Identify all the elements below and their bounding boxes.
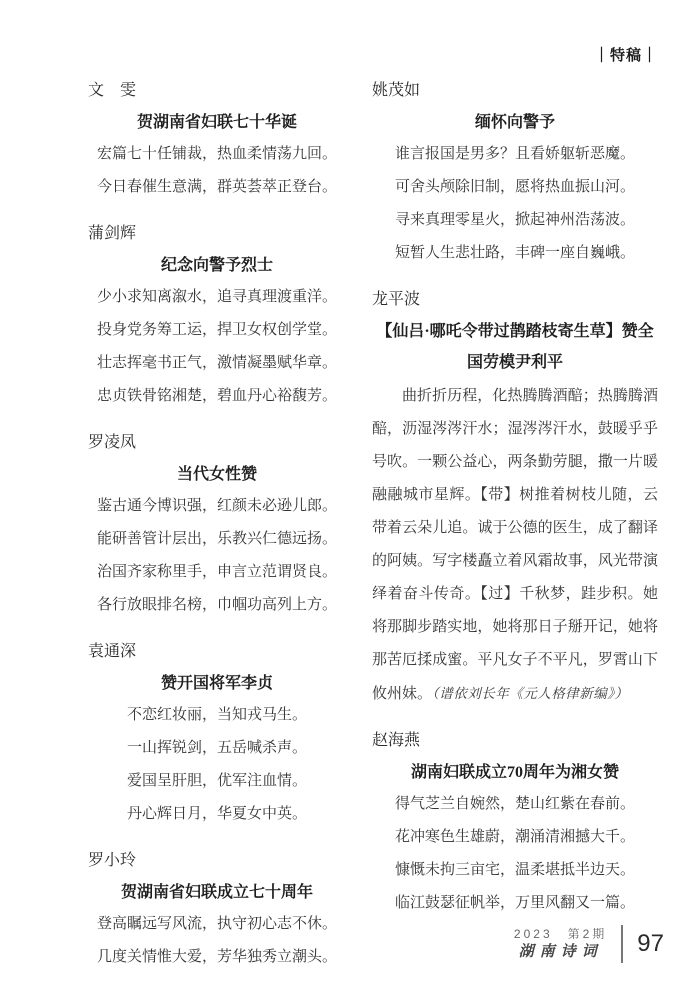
poem-line: 谁言报国是男多？且看娇躯斩恶魔。 (372, 138, 658, 171)
qu-section: 龙平波 【仙吕·哪吒令带过鹊踏枝寄生草】赞全国劳模尹利平 曲折折历程，化热腾腾酒… (372, 287, 658, 711)
qu-title: 【仙吕·哪吒令带过鹊踏枝寄生草】赞全国劳模尹利平 (372, 316, 658, 378)
poem-section: 蒲剑辉 纪念向警予烈士 少小求知离溆水，追寻真理渡重洋。 投身党务筹工运，捍卫女… (88, 221, 346, 413)
poem-line: 壮志挥毫书正气，激情凝墨赋华章。 (88, 347, 346, 380)
poem-title: 赞开国将军李贞 (88, 668, 346, 699)
poem-section: 姚茂如 缅怀向警予 谁言报国是男多？且看娇躯斩恶魔。 可舍头颅除旧制，愿将热血振… (372, 78, 658, 270)
poem-line: 鉴古通今博识强，红颜未必逊儿郎。 (88, 490, 346, 523)
poem-title: 纪念向警予烈士 (88, 250, 346, 281)
poem-line: 慷慨未拘三亩宅，温柔堪抵半边天。 (372, 854, 658, 887)
poem-section: 袁通深 赞开国将军李贞 不恋红妆丽，当知戎马生。 一山挥锐剑，五岳喊杀声。 爱国… (88, 639, 346, 831)
poem-title: 当代女性赞 (88, 459, 346, 490)
left-column: 文 雯 贺湖南省妇联七十华诞 宏篇七十任铺裁，热血柔情荡九回。 今日春催生意满，… (88, 78, 346, 989)
issue-line: 2023 第2期 (514, 926, 607, 942)
poem-author: 罗凌凤 (88, 430, 346, 455)
poem-title: 湖南妇联成立70周年为湘女赞 (372, 757, 658, 788)
poem-author: 姚茂如 (372, 78, 658, 103)
poem-line: 能研善管计层出，乐教兴仁德远扬。 (88, 523, 346, 556)
poem-section: 赵海燕 湖南妇联成立70周年为湘女赞 得气芝兰自婉然，楚山红紫在春前。 花冲寒色… (372, 728, 658, 920)
poem-line: 得气芝兰自婉然，楚山红紫在春前。 (372, 788, 658, 821)
right-column: 姚茂如 缅怀向警予 谁言报国是男多？且看娇躯斩恶魔。 可舍头颅除旧制，愿将热血振… (372, 78, 658, 989)
poem-author: 袁通深 (88, 639, 346, 664)
poem-line: 一山挥锐剑，五岳喊杀声。 (88, 732, 346, 765)
poem-author: 文 雯 (88, 78, 346, 103)
poem-author: 罗小玲 (88, 848, 346, 873)
content-columns: 文 雯 贺湖南省妇联七十华诞 宏篇七十任铺裁，热血柔情荡九回。 今日春催生意满，… (88, 78, 658, 989)
poem-title: 贺湖南省妇联七十华诞 (88, 107, 346, 138)
footer: 2023 第2期 湖南诗词 97 (514, 925, 664, 963)
qu-body-text: 曲折折历程，化热腾腾酒醅；热腾腾酒醅，沥湿涔涔汗水；湿涔涔汗水，鼓暖乎乎号吹。一… (372, 388, 658, 702)
poem-line: 少小求知离溆水，追寻真理渡重洋。 (88, 281, 346, 314)
poem-line: 登高瞩远写风流，执守初心志不休。 (88, 908, 346, 941)
page-number: 97 (637, 930, 664, 958)
magazine-page: ｜特稿｜ 文 雯 贺湖南省妇联七十华诞 宏篇七十任铺裁，热血柔情荡九回。 今日春… (0, 0, 700, 989)
poem-line: 各行放眼排名榜，巾帼功高列上方。 (88, 589, 346, 622)
poem-line: 临江鼓瑟征帆举，万里风翻又一篇。 (372, 887, 658, 920)
poem-line: 花冲寒色生雄蔚，潮涌清湘撼大千。 (372, 821, 658, 854)
poem-title: 贺湖南省妇联成立七十周年 (88, 877, 346, 908)
poem-author: 蒲剑辉 (88, 221, 346, 246)
footer-divider (621, 925, 623, 963)
poem-line: 短暂人生悲壮路，丰碑一座自巍峨。 (372, 237, 658, 270)
poem-author: 赵海燕 (372, 728, 658, 753)
poem-author: 龙平波 (372, 287, 658, 312)
poem-line: 不恋红妆丽，当知戎马生。 (88, 699, 346, 732)
poem-line: 寻来真理零星火，掀起神州浩荡波。 (372, 204, 658, 237)
section-tag: ｜特稿｜ (594, 44, 658, 65)
poem-section: 罗小玲 贺湖南省妇联成立七十周年 登高瞩远写风流，执守初心志不休。 几度关情惟大… (88, 848, 346, 974)
poem-line: 爱国呈肝胆，优军注血情。 (88, 765, 346, 798)
poem-line: 丹心辉日月，华夏女中英。 (88, 798, 346, 831)
poem-line: 今日春催生意满，群英荟萃正登台。 (88, 171, 346, 204)
poem-title: 缅怀向警予 (372, 107, 658, 138)
poem-line: 几度关情惟大爱，芳华独秀立潮头。 (88, 941, 346, 974)
qu-source-note: （谱依刘长年《元人格律新编》） (432, 686, 629, 701)
journal-name: 湖南诗词 (514, 942, 607, 962)
poem-line: 宏篇七十任铺裁，热血柔情荡九回。 (88, 138, 346, 171)
poem-section: 罗凌凤 当代女性赞 鉴古通今博识强，红颜未必逊儿郎。 能研善管计层出，乐教兴仁德… (88, 430, 346, 622)
qu-body: 曲折折历程，化热腾腾酒醅；热腾腾酒醅，沥湿涔涔汗水；湿涔涔汗水，鼓暖乎乎号吹。一… (372, 380, 658, 711)
poem-section: 文 雯 贺湖南省妇联七十华诞 宏篇七十任铺裁，热血柔情荡九回。 今日春催生意满，… (88, 78, 346, 204)
poem-line: 忠贞铁骨铭湘楚，碧血丹心裕馥芳。 (88, 380, 346, 413)
poem-line: 可舍头颅除旧制，愿将热血振山河。 (372, 171, 658, 204)
poem-line: 治国齐家称里手，申言立范谓贤良。 (88, 556, 346, 589)
issue-info: 2023 第2期 湖南诗词 (514, 926, 607, 962)
poem-line: 投身党务筹工运，捍卫女权创学堂。 (88, 314, 346, 347)
